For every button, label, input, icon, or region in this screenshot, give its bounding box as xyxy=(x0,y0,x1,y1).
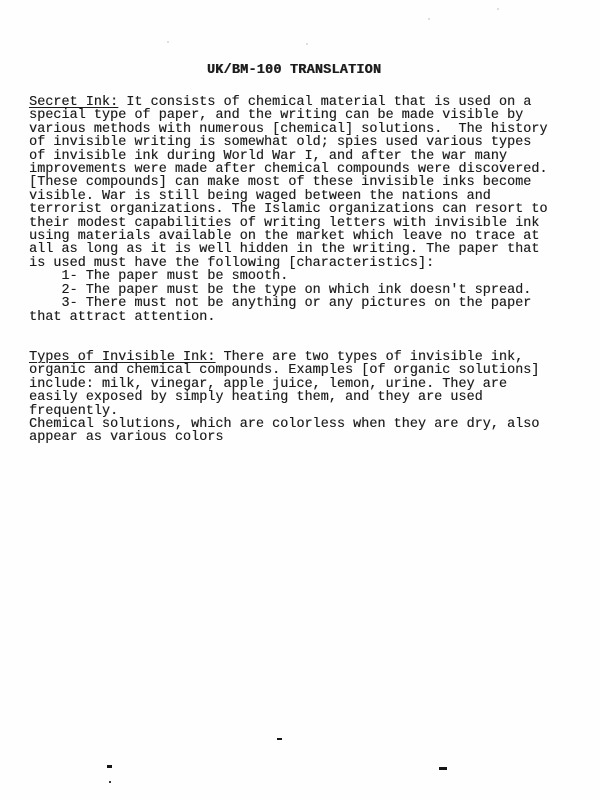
scan-artifact-dash xyxy=(107,765,112,768)
section-secret-ink: Secret Ink: It consists of chemical mate… xyxy=(29,96,589,324)
section-text-types-of-invisible-ink: There are two types of invisible ink, or… xyxy=(29,350,539,445)
scanned-document-page: UK/BM-100 TRANSLATION Secret Ink: It con… xyxy=(0,0,600,800)
document-title: UK/BM-100 TRANSLATION xyxy=(0,63,588,78)
section-text-secret-ink: It consists of chemical material that is… xyxy=(29,95,547,325)
scan-speck xyxy=(306,43,308,45)
section-types-of-invisible-ink: Types of Invisible Ink: There are two ty… xyxy=(29,351,589,445)
scan-speck xyxy=(428,18,430,20)
scan-artifact-dash xyxy=(439,767,447,770)
document-body: Secret Ink: It consists of chemical mate… xyxy=(29,96,589,445)
scan-speck xyxy=(167,41,169,43)
scan-artifact-dot xyxy=(109,781,111,783)
scan-artifact-dash xyxy=(277,738,282,740)
scan-speck xyxy=(497,8,499,10)
